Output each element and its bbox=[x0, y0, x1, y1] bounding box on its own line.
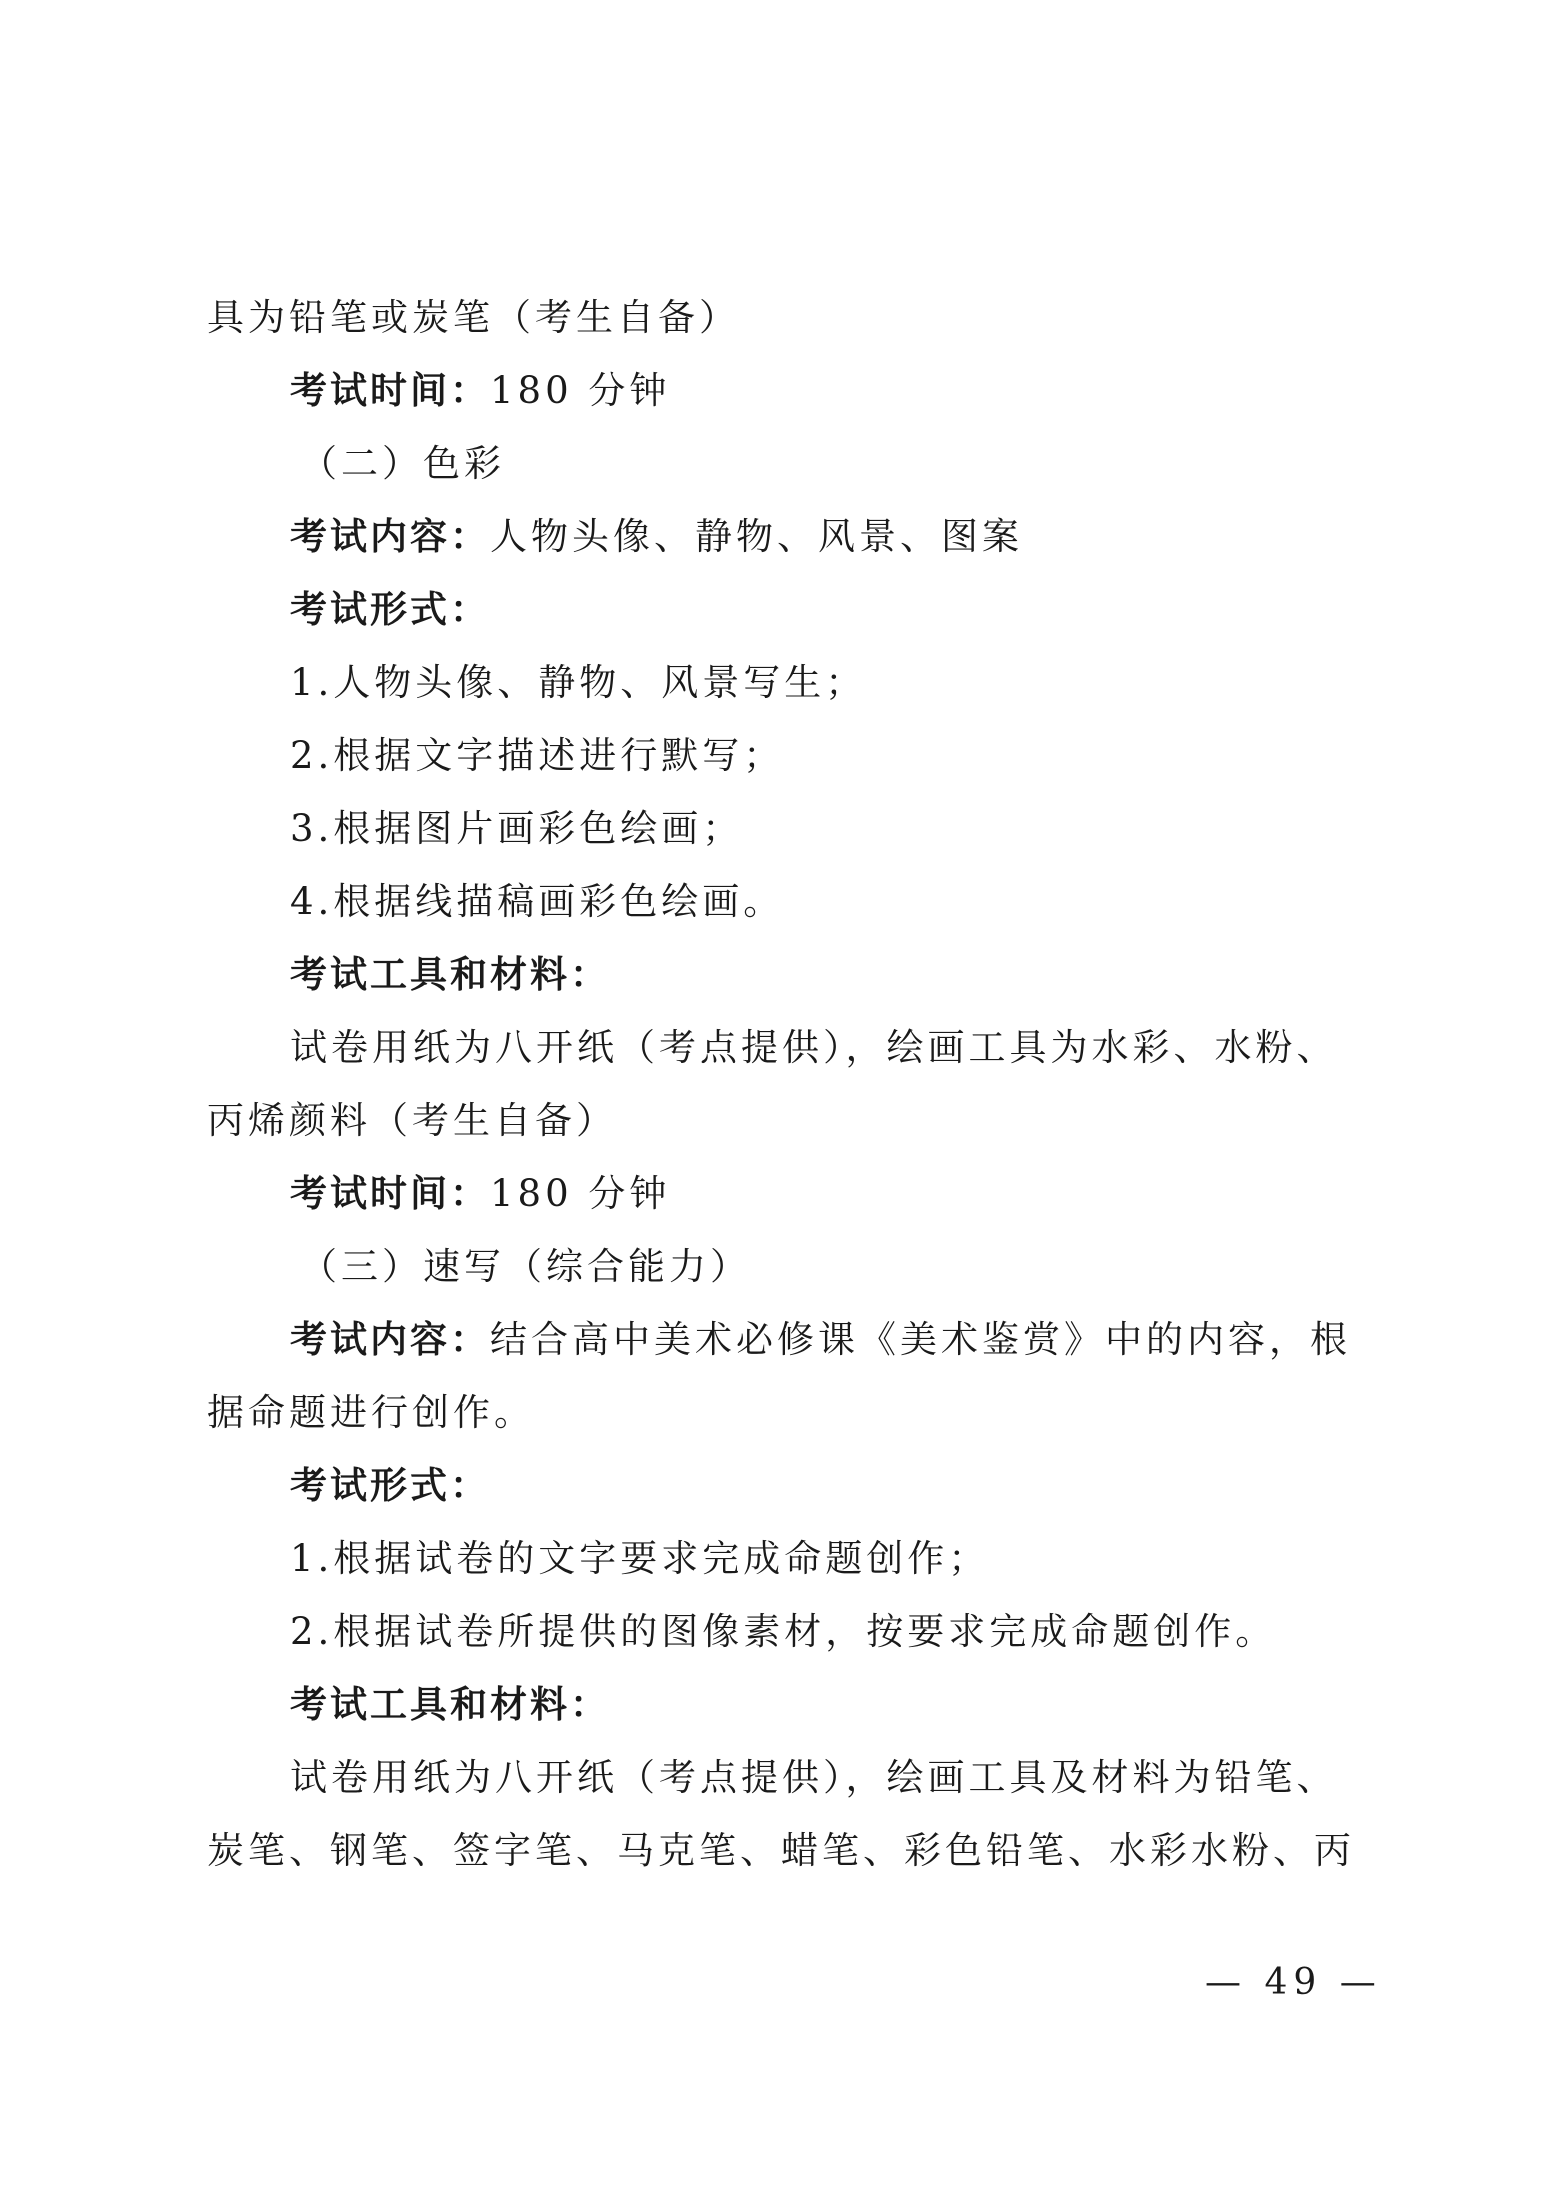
field-value: 180 分钟 bbox=[490, 1172, 670, 1215]
list-item: 2.根据文字描述进行默写； bbox=[290, 731, 784, 781]
list-item: 2.根据试卷所提供的图像素材，按要求完成命题创作。 bbox=[290, 1607, 1276, 1657]
exam-time-field: 考试时间：180 分钟 bbox=[290, 366, 670, 416]
paragraph-line: 试卷用纸为八开纸（考点提供），绘画工具及材料为铅笔、 bbox=[290, 1753, 1338, 1803]
heading-text: （二）色彩 bbox=[300, 442, 505, 485]
line-text: 具为铅笔或炭笔（考生自备） bbox=[207, 296, 740, 339]
line-text: 3.根据图片画彩色绘画； bbox=[290, 807, 743, 850]
paragraph-line: 据命题进行创作。 bbox=[207, 1388, 535, 1438]
exam-tools-field: 考试工具和材料： bbox=[290, 1680, 610, 1730]
exam-format-field: 考试形式： bbox=[290, 585, 490, 635]
list-item: 1.人物头像、静物、风景写生； bbox=[290, 658, 866, 708]
line-text: 丙烯颜料（考生自备） bbox=[207, 1099, 617, 1142]
field-value: 结合高中美术必修课《美术鉴赏》中的内容，根 bbox=[490, 1318, 1351, 1361]
field-label: 考试时间： bbox=[290, 1172, 490, 1215]
paragraph-line: 丙烯颜料（考生自备） bbox=[207, 1096, 617, 1146]
section-heading-sketch: （三）速写（综合能力） bbox=[300, 1242, 751, 1292]
line-text: 试卷用纸为八开纸（考点提供），绘画工具为水彩、水粉、 bbox=[290, 1026, 1338, 1069]
field-label: 考试内容： bbox=[290, 515, 490, 558]
field-value: 人物头像、静物、风景、图案 bbox=[490, 515, 1023, 558]
heading-text: （三）速写（综合能力） bbox=[300, 1245, 751, 1288]
line-text: 炭笔、钢笔、签字笔、马克笔、蜡笔、彩色铅笔、水彩水粉、丙 bbox=[207, 1829, 1355, 1872]
field-label: 考试工具和材料： bbox=[290, 1683, 610, 1726]
page-number: — 49 — bbox=[1205, 1958, 1382, 2008]
field-label: 考试工具和材料： bbox=[290, 953, 610, 996]
paragraph-line: 炭笔、钢笔、签字笔、马克笔、蜡笔、彩色铅笔、水彩水粉、丙 bbox=[207, 1826, 1355, 1876]
line-text: 2.根据试卷所提供的图像素材，按要求完成命题创作。 bbox=[290, 1610, 1276, 1653]
list-item: 4.根据线描稿画彩色绘画。 bbox=[290, 877, 784, 927]
line-text: 1.人物头像、静物、风景写生； bbox=[290, 661, 866, 704]
exam-tools-field: 考试工具和材料： bbox=[290, 950, 610, 1000]
line-text: 据命题进行创作。 bbox=[207, 1391, 535, 1434]
line-text: 试卷用纸为八开纸（考点提供），绘画工具及材料为铅笔、 bbox=[290, 1756, 1338, 1799]
exam-content-field: 考试内容：人物头像、静物、风景、图案 bbox=[290, 512, 1023, 562]
line-text: 4.根据线描稿画彩色绘画。 bbox=[290, 880, 784, 923]
line-text: 1.根据试卷的文字要求完成命题创作； bbox=[290, 1537, 989, 1580]
exam-content-field: 考试内容：结合高中美术必修课《美术鉴赏》中的内容，根 bbox=[290, 1315, 1351, 1365]
list-item: 3.根据图片画彩色绘画； bbox=[290, 804, 743, 854]
paragraph-line: 具为铅笔或炭笔（考生自备） bbox=[207, 293, 740, 343]
list-item: 1.根据试卷的文字要求完成命题创作； bbox=[290, 1534, 989, 1584]
field-value: 180 分钟 bbox=[490, 369, 670, 412]
line-text: 2.根据文字描述进行默写； bbox=[290, 734, 784, 777]
field-label: 考试内容： bbox=[290, 1318, 490, 1361]
section-heading-color: （二）色彩 bbox=[300, 439, 505, 489]
paragraph-line: 试卷用纸为八开纸（考点提供），绘画工具为水彩、水粉、 bbox=[290, 1023, 1338, 1073]
field-label: 考试时间： bbox=[290, 369, 490, 412]
field-label: 考试形式： bbox=[290, 1464, 490, 1507]
exam-time-field: 考试时间：180 分钟 bbox=[290, 1169, 670, 1219]
exam-format-field: 考试形式： bbox=[290, 1461, 490, 1511]
field-label: 考试形式： bbox=[290, 588, 490, 631]
